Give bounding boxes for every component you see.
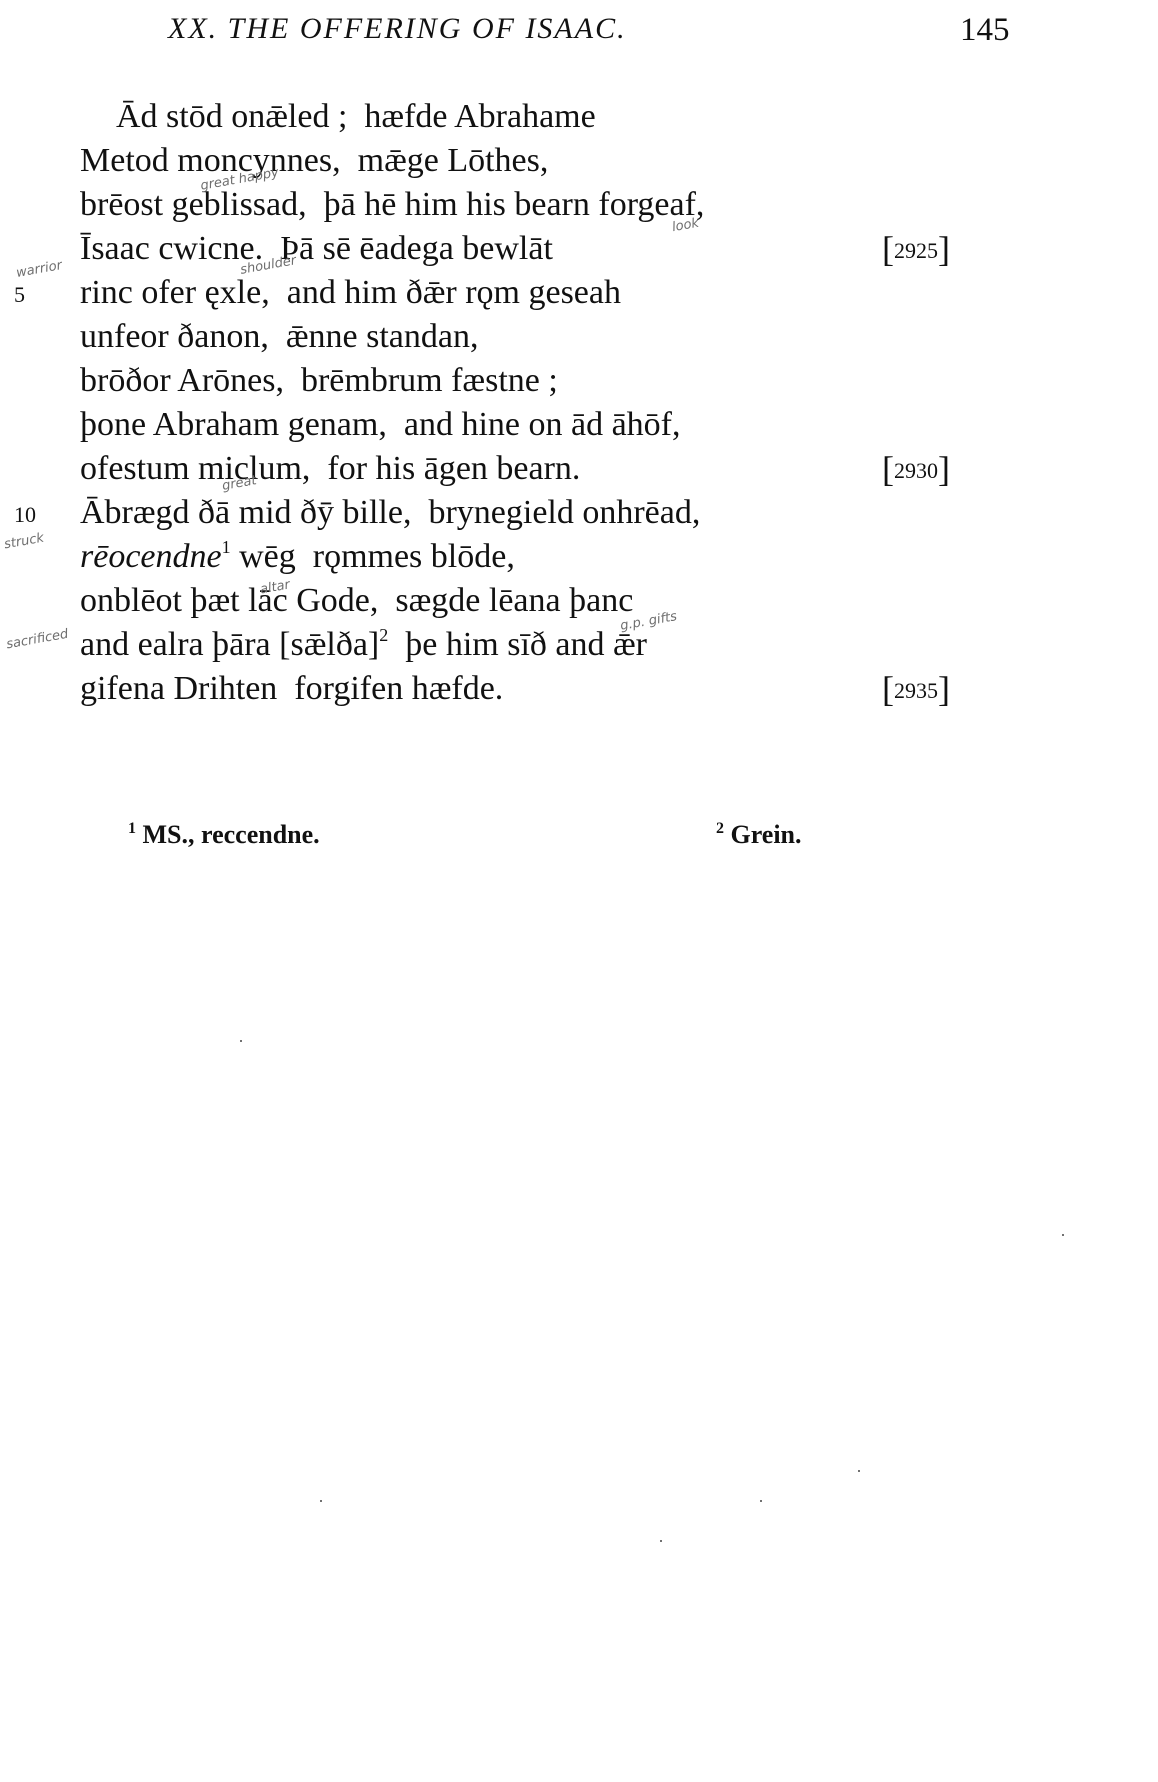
line-reference: [2935] (882, 664, 950, 716)
page-number: 145 (960, 12, 1010, 49)
verse-line: Metod moncynnes, mǣge Lōthes, (80, 136, 548, 186)
verse-line: Ād stōd onǣled ; hæfde Abrahame (80, 92, 596, 142)
verse-line: ofestum miclum, for his āgen bearn. (80, 444, 580, 494)
footnote-2: 2 Grein. (716, 820, 802, 850)
running-title: XX. THE OFFERING OF ISAAC. (168, 12, 627, 46)
pencil-annotation: struck (3, 531, 45, 553)
verse-line: rinc ofer ęxle, and him ðǣr rǫm geseah (80, 268, 621, 318)
scan-speck (320, 1500, 322, 1502)
pencil-annotation: look (671, 216, 700, 235)
footnote-marker[interactable]: 2 (379, 625, 388, 645)
verse-line: gifena Drihten forgifen hæfde. (80, 664, 503, 714)
verse-line: brōðor Arōnes, brēmbrum fæstne ; (80, 356, 558, 406)
verse-line: brēost geblissad, þā hē him his bearn fo… (80, 180, 704, 230)
scan-speck (858, 1470, 860, 1472)
scan-speck (660, 1540, 662, 1542)
book-page: XX. THE OFFERING OF ISAAC. 145 Ād stōd o… (0, 0, 1158, 1782)
footnote-1: 1 MS., reccendne. (128, 820, 320, 850)
footnote-marker[interactable]: 1 (222, 537, 231, 557)
line-reference: [2925] (882, 224, 950, 276)
verse-line: and ealra þāra [sǣlða]2 þe him sīð and ǣ… (80, 620, 647, 670)
verse-line: Īsaac cwicne. Þā sē ēadega bewlāt (80, 224, 553, 274)
scan-speck (760, 1500, 762, 1502)
verse-line: Ābrægd ðā mid ðȳ bille, brynegield onhrē… (80, 488, 700, 538)
footnotes: 1 MS., reccendne. 2 Grein. (0, 820, 1158, 860)
verse-line: unfeor ðanon, ǣnne standan, (80, 312, 478, 362)
verse-line: þone Abraham genam, and hine on ād āhōf, (80, 400, 680, 450)
scan-speck (1062, 1234, 1064, 1236)
verse-line: rēocendne1 wēg rǫmmes blōde, (80, 532, 515, 582)
scan-speck (240, 1040, 242, 1042)
pencil-annotation: sacrificed (5, 627, 69, 653)
line-reference: [2930] (882, 444, 950, 496)
emended-word: rēocendne (80, 538, 222, 575)
verse-line: onblēot þæt lāc Gode, sægde lēana þanc (80, 576, 633, 626)
